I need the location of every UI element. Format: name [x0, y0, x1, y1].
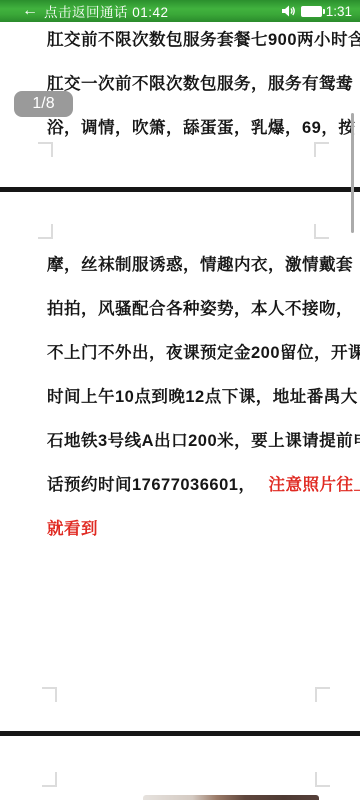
ad-image1-text-line: 肛交一次前不限次数包服务，服务有鸳鸯 [47, 74, 353, 94]
photo-top-edge [143, 795, 319, 800]
image-viewer-scroll-area[interactable] [0, 22, 360, 800]
crop-corner-mark [38, 142, 53, 157]
battery-icon [301, 6, 322, 17]
return-to-call-label[interactable]: 点击返回通话 01:42 [44, 1, 169, 21]
crop-corner-mark [314, 142, 329, 157]
ad-image2-text-line: 时间上午10点到晚12点下课，地址番禺大 [47, 387, 358, 407]
ad-image2-text-line: 话预约时间17677036601，注意照片往上拉 [47, 475, 360, 495]
red-notice-text: 注意照片往上拉 [268, 476, 360, 494]
status-bar: ← 点击返回通话 01:42 1:31 [0, 0, 360, 22]
statusbar-clock: 1:31 [326, 4, 352, 19]
ad-image2-text-line: 拍拍，风骚配合各种姿势，本人不接吻， [47, 299, 353, 319]
phone-number-text: 话预约时间17677036601， [47, 476, 255, 494]
ad-image1-text-line: 肛交前不限次数包服务套餐七900两小时含 [47, 30, 360, 50]
ad-image2-text-line: 摩，丝袜制服诱惑，情趣内衣，激情戴套 [47, 255, 353, 275]
crop-corner-mark [314, 224, 329, 239]
red-notice-text: 就看到 [47, 519, 98, 539]
scrollbar-thumb[interactable] [351, 113, 354, 233]
crop-corner-mark [42, 687, 57, 702]
crop-corner-mark [315, 687, 330, 702]
crop-corner-mark [38, 224, 53, 239]
phone-screen: ← 点击返回通话 01:42 1:31 1/8 肛交前不限次数包服务套餐七900… [0, 0, 360, 800]
ad-image1-text-line: 浴，调情，吹箫，舔蛋蛋，乳爆，69，按 [47, 118, 355, 138]
volume-icon [281, 4, 296, 18]
back-arrow-icon[interactable]: ← [22, 0, 44, 22]
image-gap-divider [0, 731, 360, 736]
image-gap-divider [0, 187, 360, 192]
page-indicator-badge: 1/8 [14, 91, 73, 117]
ad-image2-text-line: 不上门不外出，夜课预定金200留位，开课 [47, 343, 360, 363]
ad-image2-text-line: 石地铁3号线A出口200米，要上课请提前电 [47, 431, 360, 451]
crop-corner-mark [42, 772, 57, 787]
crop-corner-mark [315, 772, 330, 787]
